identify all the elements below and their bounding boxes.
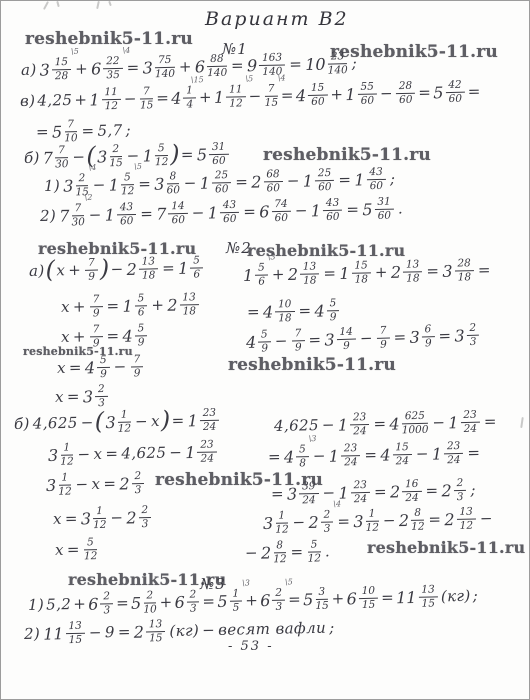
math-text: = xyxy=(67,387,80,405)
math-text: = xyxy=(243,202,256,220)
math-text: 4,625 xyxy=(121,444,166,463)
fraction: 156 xyxy=(178,255,204,280)
math-text: x xyxy=(91,475,100,493)
math-text: − xyxy=(72,148,85,166)
math-text: − xyxy=(202,621,215,639)
fraction: 21318 xyxy=(126,256,159,281)
math-text: + xyxy=(73,327,86,345)
math-text: = xyxy=(69,358,82,376)
math-text: = xyxy=(289,55,302,73)
math-text: + xyxy=(330,85,343,103)
fraction: 12560 xyxy=(200,170,233,195)
math-text: . xyxy=(398,199,404,217)
math-text: + xyxy=(245,591,258,609)
fraction: 26860 xyxy=(251,169,284,194)
fraction: 33924 xyxy=(287,481,320,506)
math-text: = xyxy=(106,327,119,345)
scanned-notebook-page: Вариант В2 reshebnik5-11.ru №1 reshebnik… xyxy=(0,0,530,700)
fraction: 7730\2 xyxy=(59,203,86,228)
math-text: x xyxy=(151,412,160,430)
math-text: − xyxy=(81,413,94,431)
fraction: 459 xyxy=(246,329,273,354)
fraction: 223 xyxy=(441,478,467,503)
math-text: − xyxy=(383,511,396,529)
math-text: + xyxy=(73,297,86,315)
fraction: 3149 xyxy=(324,327,357,352)
math-text: = xyxy=(231,56,244,74)
watermark: reshebnik5-11.ru xyxy=(23,345,133,358)
math-text: ) xyxy=(170,140,180,168)
math-line-n1b: б)7730−(3215−1512)=53160 xyxy=(24,140,230,172)
fraction: 3112 xyxy=(263,510,290,535)
fraction: 14360 xyxy=(104,202,137,227)
math-text: − xyxy=(313,447,326,465)
math-text: + xyxy=(75,60,88,78)
fraction: 41018 xyxy=(263,299,296,324)
fraction: 12324 xyxy=(338,480,371,505)
math-text: = xyxy=(478,261,491,279)
math-text: − xyxy=(77,445,90,463)
fraction: 2812 xyxy=(261,540,288,565)
watermark: reshebnik5-11.ru xyxy=(228,355,396,375)
stray-mark xyxy=(108,1,112,6)
math-line-n2b-right-4: 3112−223\4=3112−2812=21312− xyxy=(263,506,493,535)
math-text: 4,25 xyxy=(37,91,72,110)
math-line-n2b-right-1: 4,625−12324=46251000−12324= xyxy=(274,409,497,438)
fraction: 515\3 xyxy=(217,588,243,613)
fraction: 71460 xyxy=(156,201,189,226)
fraction: 3112 xyxy=(48,442,75,467)
math-text: = xyxy=(468,82,481,100)
math-text: 9 xyxy=(105,623,115,641)
fraction: 2860 xyxy=(395,81,417,105)
math-text: = xyxy=(105,445,118,463)
fraction: 11518 xyxy=(339,260,372,285)
math-line-n2a-left-4: x=459−79 xyxy=(57,354,145,380)
math-text: = xyxy=(67,540,80,558)
math-text: 2) xyxy=(40,207,57,225)
fraction: 459 xyxy=(314,298,340,323)
fraction: 46251000 xyxy=(389,411,429,436)
math-line-n3-2: 2)111315−9=21315(кг)−весят вафли; xyxy=(24,615,335,646)
fraction: 3112 xyxy=(105,410,132,435)
fraction: 1023140 xyxy=(305,51,349,76)
fraction: 111315 xyxy=(396,584,439,609)
math-text: + xyxy=(272,265,285,283)
fraction: 62235\4 xyxy=(91,56,124,81)
math-text: − xyxy=(245,544,258,562)
fraction: 14360 xyxy=(208,200,241,225)
math-text: 4,625 xyxy=(33,414,78,433)
math-text: 5,7 xyxy=(97,121,122,140)
math-text: = xyxy=(484,412,497,430)
math-text: − xyxy=(114,358,127,376)
math-text: = xyxy=(118,623,131,641)
math-text: = xyxy=(373,415,386,433)
math-text: + xyxy=(151,296,164,314)
fraction: 1512 xyxy=(142,143,169,168)
fraction: 21318 xyxy=(391,259,424,284)
math-text: 1) xyxy=(28,596,45,614)
math-text: а) xyxy=(29,262,45,280)
fraction: 323 xyxy=(83,384,109,409)
math-text: + xyxy=(199,88,212,106)
math-text: + xyxy=(179,57,192,75)
math-text: − xyxy=(169,443,182,461)
math-text: = xyxy=(140,205,153,223)
math-line-n2b-left-2: 3112−x=4,625−12324 xyxy=(48,439,218,467)
math-text: = xyxy=(425,481,438,499)
math-text: x xyxy=(55,388,64,406)
fraction: 79 xyxy=(376,325,391,349)
math-text: 2) xyxy=(24,625,41,643)
stray-mark xyxy=(520,417,523,428)
math-text: = xyxy=(323,264,336,282)
fraction: 623 xyxy=(174,589,200,614)
math-text: ; xyxy=(390,170,396,188)
math-text: − xyxy=(75,475,88,493)
math-text: б) xyxy=(14,415,30,433)
math-text: = xyxy=(138,175,151,193)
math-text: = xyxy=(438,327,452,345)
math-text: − xyxy=(110,509,123,527)
math-text: 5,2 xyxy=(46,595,71,614)
fraction: 623\5 xyxy=(260,588,286,613)
math-line-n2a-left-2: x+79=156+21318 xyxy=(61,292,200,319)
math-line-n2a-left-1: а)(x+79)−21318=156 xyxy=(29,253,205,285)
math-text: − xyxy=(124,90,137,108)
math-text: − xyxy=(480,509,493,527)
math-text: (кг) xyxy=(441,587,471,606)
math-text: − xyxy=(292,513,305,531)
math-text: = xyxy=(338,171,351,189)
fraction: 2812 xyxy=(399,508,426,533)
fraction: 156\3 xyxy=(243,262,269,287)
math-text: = xyxy=(381,588,394,606)
math-text: ( xyxy=(45,255,55,283)
math-text: x xyxy=(53,510,62,528)
math-line-n2b-right-2: =458\3−12324=41524−12324= xyxy=(268,441,481,469)
fraction: 12560 xyxy=(303,168,336,193)
fraction: 1512\5 xyxy=(108,172,135,197)
math-text: + xyxy=(159,593,172,611)
math-text: ; xyxy=(351,54,357,72)
math-line-n2a-right-1: 156\3+21318=11518+21318=32818= xyxy=(243,258,491,287)
math-text: = xyxy=(281,86,294,104)
math-text: − xyxy=(184,174,197,192)
math-text: + xyxy=(74,91,87,109)
fraction: 323 xyxy=(454,323,481,348)
math-text: + xyxy=(331,589,344,607)
math-line-n1b2: 2)7730\2−14360=71460−14360=67460−14360=5… xyxy=(40,196,404,228)
math-text: − xyxy=(89,206,102,224)
math-text: = xyxy=(467,444,480,462)
fraction: 156 xyxy=(122,293,148,318)
math-line-n2b-left-3: 3112−x=223 xyxy=(46,471,146,497)
fraction: 41524 xyxy=(380,442,413,467)
math-text: ; xyxy=(125,121,131,139)
math-text: − xyxy=(380,84,393,102)
math-text: = xyxy=(271,485,284,503)
stray-mark xyxy=(43,1,49,10)
fraction: 32818 xyxy=(442,258,475,283)
math-text: = xyxy=(235,173,248,191)
math-text: = xyxy=(393,328,407,346)
fraction: 14360 xyxy=(311,198,344,223)
fraction: 67460 xyxy=(259,199,292,224)
fraction: 53160 xyxy=(197,142,230,167)
fraction: 512 xyxy=(83,537,99,561)
math-text: б) xyxy=(24,149,40,167)
fraction: 12324 xyxy=(185,439,218,464)
math-text: − xyxy=(322,416,335,434)
math-text: = xyxy=(103,475,116,493)
math-text: = xyxy=(428,510,441,528)
math-line-n2b-left-1: б)4,625−(3112−x)=12324 xyxy=(14,406,221,438)
fraction: 369 xyxy=(409,324,436,349)
math-text: + xyxy=(68,261,81,279)
math-text: − xyxy=(360,329,374,347)
math-text: − xyxy=(192,204,205,222)
fraction: 12324 xyxy=(448,410,481,435)
page-title: Вариант В2 xyxy=(205,8,349,30)
math-text: 4,625 xyxy=(274,416,319,435)
math-line-n2b-left-5: x=512 xyxy=(55,537,99,562)
math-text: = xyxy=(36,123,49,141)
fraction: 375140 xyxy=(142,55,176,80)
fraction: 5210 xyxy=(131,590,158,615)
math-text: ( xyxy=(94,407,104,435)
fraction: 5315 xyxy=(303,587,330,612)
math-line-n1b1: 1)3215\4−1512\5=3860−12560=26860−12560=1… xyxy=(44,167,396,198)
math-text: = xyxy=(268,448,281,466)
watermark: reshebnik5-11.ru xyxy=(367,538,525,557)
math-text: = xyxy=(290,543,303,561)
math-text: = xyxy=(162,259,175,277)
math-text: + xyxy=(375,263,388,281)
math-text: − xyxy=(89,623,102,641)
fraction: 715 xyxy=(139,86,155,110)
fraction: 15560 xyxy=(345,82,378,107)
fraction: 21624 xyxy=(390,479,423,504)
fraction: 3112 xyxy=(353,509,380,534)
fraction: 11112\5 xyxy=(214,84,247,109)
math-text: x xyxy=(61,298,70,316)
math-text: = xyxy=(116,594,129,612)
fraction: 21318 xyxy=(167,292,200,317)
fraction: 223\4 xyxy=(308,510,334,535)
fraction: 715\4 xyxy=(263,84,279,108)
fraction: 7730 xyxy=(43,145,70,170)
fraction: 54260 xyxy=(433,80,466,105)
math-text: весят вафли xyxy=(218,619,326,639)
math-line-n1v2: =5710=5,7; xyxy=(36,118,132,144)
fraction: 623 xyxy=(88,591,114,616)
math-text: ) xyxy=(100,254,110,282)
math-text: . xyxy=(325,542,331,560)
fraction: 5710 xyxy=(52,119,79,144)
math-line-n2b-right-5: −2812=512. xyxy=(245,539,331,565)
fraction: 12324 xyxy=(187,408,220,433)
math-text: = xyxy=(65,509,78,527)
math-text: − xyxy=(287,172,300,190)
fraction: 31528\5 xyxy=(39,57,72,82)
math-text: = xyxy=(308,331,322,349)
math-text: = xyxy=(156,89,169,107)
fraction: 21318 xyxy=(288,261,321,286)
fraction: 223 xyxy=(126,505,152,530)
fraction: 111315 xyxy=(43,621,86,646)
fraction: 14360 xyxy=(354,167,387,192)
math-text: = xyxy=(374,483,387,501)
page-number: - 53 - xyxy=(228,639,274,654)
stray-mark xyxy=(96,1,100,9)
fraction: 79 xyxy=(89,294,104,318)
math-text: − xyxy=(432,413,445,431)
math-text: 1) xyxy=(44,177,61,195)
math-text: а) xyxy=(21,61,37,79)
math-text: = xyxy=(426,262,439,280)
fraction: 512 xyxy=(306,539,322,563)
math-text: = xyxy=(247,303,260,321)
fraction: 12324 xyxy=(338,412,371,437)
math-line-n2b-left-4: x=3112−223 xyxy=(53,505,153,531)
math-text: = xyxy=(364,446,377,464)
fraction: 223 xyxy=(119,471,145,496)
fraction: 459 xyxy=(85,355,111,380)
fraction: 458\3 xyxy=(284,444,310,469)
math-text: + xyxy=(73,595,86,613)
math-text: (кг) xyxy=(169,621,199,640)
math-text: − xyxy=(93,176,106,194)
math-text: = xyxy=(337,512,350,530)
fraction: 12324 xyxy=(329,443,362,468)
math-text: x xyxy=(56,261,65,279)
fraction: 3112 xyxy=(81,506,108,531)
math-text: = xyxy=(202,592,215,610)
math-text: = xyxy=(418,83,431,101)
math-text: = xyxy=(298,302,311,320)
fraction: 41560 xyxy=(296,83,329,108)
fraction: 12324 xyxy=(432,441,465,466)
math-text: − xyxy=(295,201,308,219)
math-text: = xyxy=(106,297,119,315)
fraction: 21315 xyxy=(134,619,167,644)
fraction: 21312 xyxy=(444,507,477,532)
fraction: 3860 xyxy=(154,171,181,196)
watermark: reshebnik5-11.ru xyxy=(263,145,431,165)
fraction: 3215 xyxy=(97,144,124,169)
math-text: ; xyxy=(470,481,476,499)
fraction: 61015 xyxy=(346,586,379,611)
fraction: 3112 xyxy=(46,472,73,497)
math-line-n2a-left-5: x=323 xyxy=(55,384,109,409)
math-text: = xyxy=(181,145,194,163)
math-text: = xyxy=(288,590,301,608)
stray-mark xyxy=(56,1,59,7)
fraction: 11112 xyxy=(89,87,122,112)
fraction: 79 xyxy=(290,328,305,352)
math-line-n2a-right-3: 459−79=3149−79=369=323 xyxy=(246,323,481,354)
watermark: reshebnik5-11.ru xyxy=(25,29,193,49)
fraction: 53160 xyxy=(362,197,395,222)
fraction: 79 xyxy=(84,258,99,282)
math-text: ) xyxy=(161,406,171,434)
math-text: − xyxy=(135,412,148,430)
math-text: = xyxy=(346,200,359,218)
math-text: − xyxy=(275,332,289,350)
math-text: x xyxy=(93,445,102,463)
math-line-n1a: а)31528\5+62235\4=375140+688140=9163140=… xyxy=(21,51,358,82)
math-text: ; xyxy=(329,618,335,636)
math-line-n2b-right-3: =33924−12324=21624=223; xyxy=(271,478,476,506)
math-text: x xyxy=(55,541,64,559)
math-line-n2a-right-2: =41018=459 xyxy=(247,298,341,324)
math-text: в) xyxy=(20,92,36,110)
math-text: − xyxy=(110,260,123,278)
math-text: x xyxy=(61,328,70,346)
math-text: = xyxy=(81,122,94,140)
math-text: x xyxy=(57,359,66,377)
fraction: 414\15 xyxy=(171,85,197,110)
math-text: = xyxy=(171,411,184,429)
math-line-n1v: в)4,25+11112−715=414\15+11112\5−715\4=41… xyxy=(20,79,481,113)
math-text: ; xyxy=(472,587,478,605)
math-text: = xyxy=(126,59,139,77)
math-text: − xyxy=(416,445,429,463)
math-text: − xyxy=(248,87,261,105)
